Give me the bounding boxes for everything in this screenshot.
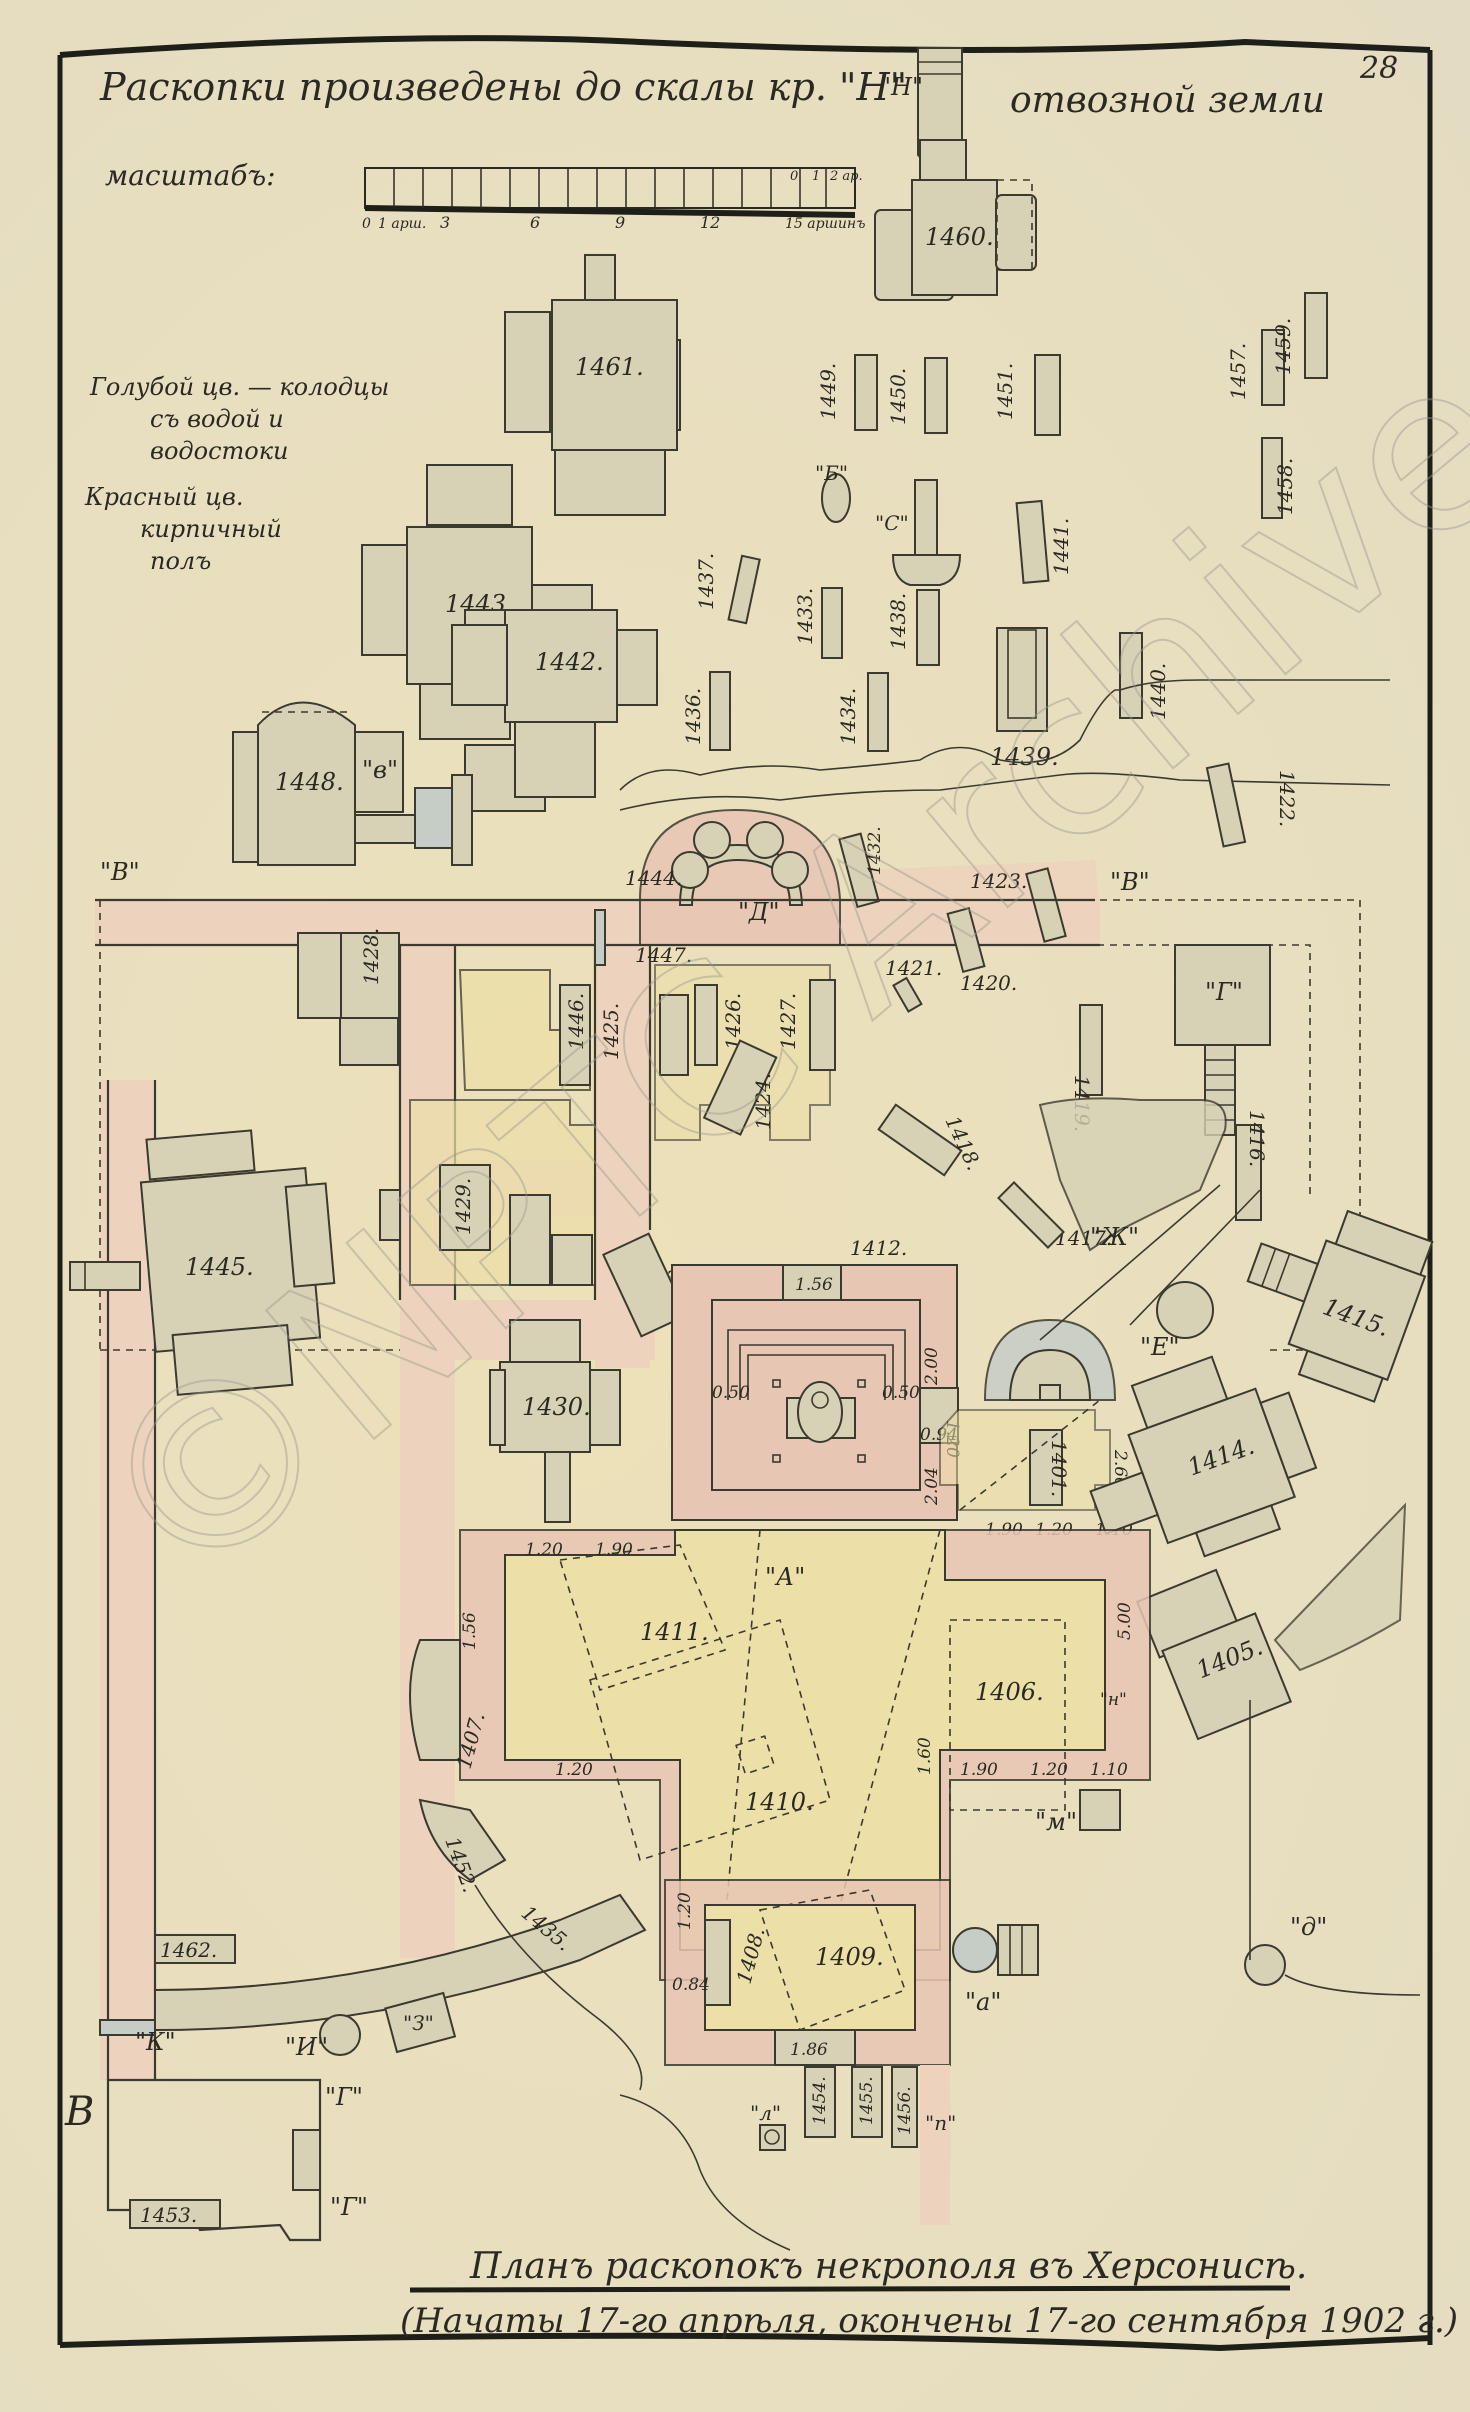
svg-text:1461.: 1461. xyxy=(575,353,644,381)
svg-text:1457.: 1457. xyxy=(1226,343,1250,400)
title-block: Планъ раскопокъ некрополя въ Херсонисѣ. … xyxy=(400,2246,1458,2341)
svg-text:1433.: 1433. xyxy=(793,588,817,645)
svg-text:1.56: 1.56 xyxy=(460,1612,480,1650)
svg-text:0.50: 0.50 xyxy=(712,1383,750,1403)
svg-text:1454.: 1454. xyxy=(810,2076,830,2125)
feature-1444-slab xyxy=(452,775,472,865)
svg-text:"Г": "Г" xyxy=(1205,978,1243,1006)
svg-text:1.86: 1.86 xyxy=(790,2040,828,2060)
legend-red: Красный цв. кирпичный полъ xyxy=(84,483,289,575)
svg-text:1459.: 1459. xyxy=(1271,318,1295,375)
svg-text:1441.: 1441. xyxy=(1049,518,1073,575)
svg-text:1456.: 1456. xyxy=(895,2086,915,2135)
structure-1453[interactable]: 1453. xyxy=(108,2080,320,2240)
svg-text:1.10: 1.10 xyxy=(1090,1760,1128,1780)
svg-text:1.90: 1.90 xyxy=(960,1760,998,1780)
tomb-1405[interactable]: 1405. xyxy=(1137,1562,1291,1740)
svg-text:1449.: 1449. xyxy=(816,363,840,420)
svg-text:1437.: 1437. xyxy=(694,553,718,610)
svg-text:1438.: 1438. xyxy=(886,593,910,650)
scale-bar: масштабъ: 0 1 арш. 3 6 9 12 15 аршинъ 0 … xyxy=(105,159,865,232)
svg-text:0: 0 xyxy=(362,216,371,232)
svg-text:1444.: 1444. xyxy=(625,866,682,890)
marker-S: "С" xyxy=(875,511,909,535)
annex-m xyxy=(1080,1790,1120,1830)
well-E[interactable] xyxy=(1157,1282,1213,1338)
svg-text:1: 1 xyxy=(812,169,820,184)
marker-l-box[interactable] xyxy=(760,2125,785,2150)
well-d[interactable] xyxy=(1245,1945,1285,1985)
svg-text:2.00: 2.00 xyxy=(922,1347,942,1386)
marker-I: "И" xyxy=(285,2033,328,2061)
grave-1436[interactable] xyxy=(710,672,730,750)
marker-A: "А" xyxy=(765,1563,805,1591)
plan-title: Планъ раскопокъ некрополя въ Херсонисѣ. xyxy=(469,2246,1307,2287)
svg-text:0.50: 0.50 xyxy=(882,1383,920,1403)
grave-1437[interactable] xyxy=(729,556,760,623)
marker-V-left: В xyxy=(64,2089,94,2135)
svg-text:1453.: 1453. xyxy=(140,2203,197,2227)
header-note-left: Раскопки произведены до скалы кр. "Н" xyxy=(99,65,907,109)
plan-drawing: Раскопки произведены до скалы кр. "Н" от… xyxy=(0,0,1470,2412)
svg-text:1.60: 1.60 xyxy=(915,1737,935,1775)
marker-d: "д" xyxy=(1290,1913,1327,1941)
marker-E: "Е" xyxy=(1140,1333,1180,1361)
svg-text:1460.: 1460. xyxy=(925,223,994,251)
scale-label: масштабъ: xyxy=(105,159,276,192)
svg-text:1.20: 1.20 xyxy=(675,1892,695,1930)
tomb-1407[interactable] xyxy=(410,1640,460,1760)
tomb-1461[interactable]: 1461. xyxy=(505,255,680,515)
svg-text:1428.: 1428. xyxy=(359,928,383,985)
marker-B: "Б" xyxy=(815,461,848,485)
page-number: 28 xyxy=(1359,51,1398,86)
grave-1441[interactable] xyxy=(1017,501,1049,583)
marker-Zh: "Ж" xyxy=(1090,1223,1139,1251)
grave-1417[interactable] xyxy=(998,1182,1063,1247)
legend: Голубой цв. — колодцы съ водой и водосто… xyxy=(84,373,397,575)
svg-text:1 арш.: 1 арш. xyxy=(378,216,426,232)
svg-text:1.20: 1.20 xyxy=(555,1760,593,1780)
svg-text:1448.: 1448. xyxy=(275,768,344,796)
svg-text:1409.: 1409. xyxy=(815,1943,884,1971)
svg-text:1450.: 1450. xyxy=(886,368,910,425)
svg-text:1406.: 1406. xyxy=(975,1678,1044,1706)
svg-text:1434.: 1434. xyxy=(836,688,860,745)
grave-1451[interactable] xyxy=(1035,355,1060,435)
svg-text:1416.: 1416. xyxy=(1245,1110,1269,1167)
svg-text:1411.: 1411. xyxy=(640,1618,709,1646)
narthex: 1.56 0.50 0.50 2.00 1.20 0.94 2.04 xyxy=(672,1265,962,1520)
svg-text:1462.: 1462. xyxy=(160,1938,217,1962)
grave-1449[interactable] xyxy=(855,355,877,430)
svg-text:15 аршинъ: 15 аршинъ xyxy=(785,216,865,232)
svg-text:6: 6 xyxy=(530,213,540,232)
svg-text:1436.: 1436. xyxy=(681,688,705,745)
marker-K: "К" xyxy=(135,2028,176,2056)
svg-text:1422.: 1422. xyxy=(1275,770,1299,827)
svg-text:5.00: 5.00 xyxy=(1115,1602,1135,1640)
well-a[interactable] xyxy=(953,1925,1038,1975)
marker-m: "м" xyxy=(1035,1808,1077,1836)
svg-text:1451.: 1451. xyxy=(993,363,1017,420)
legend-blue: Голубой цв. — колодцы съ водой и водосто… xyxy=(89,373,397,465)
svg-text:1.20: 1.20 xyxy=(1030,1760,1068,1780)
rock-outcrop xyxy=(1275,1505,1405,1670)
svg-text:1401.: 1401. xyxy=(1047,1440,1071,1497)
grave-1428a[interactable] xyxy=(298,933,341,1018)
grave-1450[interactable] xyxy=(925,358,947,433)
svg-text:2 ар.: 2 ар. xyxy=(829,169,863,184)
marker-Z: "З" xyxy=(403,2011,434,2035)
svg-text:1410.: 1410. xyxy=(745,1788,814,1816)
svg-text:12: 12 xyxy=(700,213,720,232)
room-1409: 1408. 1409. 0.84 1.20 1.86 xyxy=(665,1880,950,2065)
graves-row-lower: "л" 1454. 1455. 1456. "п" xyxy=(750,2065,956,2225)
svg-text:1.20: 1.20 xyxy=(525,1540,563,1560)
grave-1438[interactable] xyxy=(917,590,939,665)
svg-text:1430.: 1430. xyxy=(522,1393,591,1421)
marker-l: "л" xyxy=(750,2101,781,2125)
marker-G2: "Г" xyxy=(325,2083,363,2111)
svg-text:1.56: 1.56 xyxy=(795,1275,833,1295)
svg-text:1.90: 1.90 xyxy=(595,1540,633,1560)
marker-N: "Н" xyxy=(880,73,923,101)
plan-subtitle: (Начаты 17-го апрѣля, окончены 17-го сен… xyxy=(400,2301,1458,2341)
svg-text:1412.: 1412. xyxy=(850,1236,907,1260)
svg-text:0.84: 0.84 xyxy=(672,1975,710,1995)
svg-text:1455.: 1455. xyxy=(857,2076,877,2125)
marker-V: "В" xyxy=(100,858,140,886)
svg-text:0: 0 xyxy=(790,169,798,184)
marker-a: "а" xyxy=(965,1988,1001,2016)
svg-text:9: 9 xyxy=(615,213,625,232)
marker-G3: "Г" xyxy=(330,2193,368,2221)
header-note-right: отвозной земли xyxy=(1010,80,1325,121)
marker-p: "п" xyxy=(925,2111,956,2135)
marker-v: "в" xyxy=(362,756,398,784)
marker-n: "н" xyxy=(1100,1690,1127,1710)
grave-1433[interactable] xyxy=(822,588,842,658)
excavation-plan-sheet: Раскопки произведены до скалы кр. "Н" от… xyxy=(0,0,1470,2412)
svg-text:3: 3 xyxy=(440,213,450,232)
svg-text:1442.: 1442. xyxy=(535,648,604,676)
